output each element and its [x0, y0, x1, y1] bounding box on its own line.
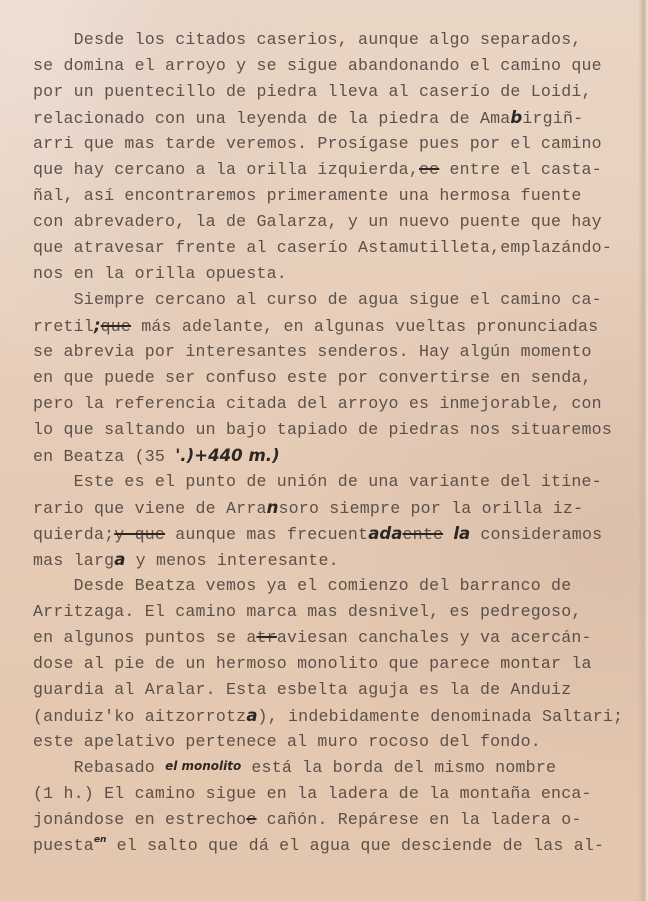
typed-text: ), indebidamente denominada Saltari; — [258, 707, 624, 726]
text-line: Siempre cercano al curso de agua sigue e… — [33, 287, 633, 313]
handwritten-correction: ada — [368, 524, 402, 543]
typed-text: con abrevadero, la de Galarza, y un nuev… — [33, 212, 602, 231]
handwritten-correction: la — [453, 524, 470, 543]
typed-text — [443, 525, 453, 544]
handwritten-correction: n — [267, 498, 279, 517]
text-line: quierda;y que aunque mas frecuentadaente… — [33, 521, 633, 547]
handwritten-correction: a — [114, 550, 125, 569]
typed-text: nos en la orilla opuesta. — [33, 264, 287, 283]
typed-text: irgiñ- — [522, 109, 583, 128]
text-line: se domina el arroyo y se sigue abandonan… — [33, 53, 633, 79]
typed-text: quierda; — [33, 525, 114, 544]
typed-text: en algunos puntos se a — [33, 628, 256, 647]
text-line: Desde Beatza vemos ya el comienzo del ba… — [33, 573, 633, 599]
typed-text: soro siempre por la orilla iz- — [278, 499, 583, 518]
typed-text: Desde los citados caserios, aunque algo … — [33, 30, 582, 49]
typed-text: este apelativo pertenece al muro rocoso … — [33, 732, 541, 751]
handwritten-correction: a — [246, 706, 257, 725]
text-line: Desde los citados caserios, aunque algo … — [33, 27, 633, 53]
typed-text: que atravesar frente al caserío Astamuti… — [33, 238, 612, 257]
typed-text: pero la referencia citada del arroyo es … — [33, 394, 602, 413]
typed-text: (anduiz'ko aitzorrotz — [33, 707, 246, 726]
struck-text: e — [246, 810, 256, 829]
typed-text: en que puede ser confuso este por conver… — [33, 368, 592, 387]
struck-text: y que — [114, 525, 165, 544]
typed-text: guardia al Aralar. Esta esbelta aguja es… — [33, 680, 571, 699]
typed-text: se abrevia por interesantes senderos. Ha… — [33, 342, 592, 361]
text-line: puestaen el salto que dá el agua que des… — [33, 833, 633, 859]
typed-text: por un puentecillo de piedra lleva al ca… — [33, 82, 592, 101]
typed-text: entre el casta- — [439, 160, 602, 179]
typed-text: arri que mas tarde veremos. Prosígase pu… — [33, 134, 602, 153]
text-line: (1 h.) El camino sigue en la ladera de l… — [33, 781, 633, 807]
text-line: con abrevadero, la de Galarza, y un nuev… — [33, 209, 633, 235]
handwritten-correction: b — [510, 108, 522, 127]
typed-text: aviesan canchales y va acercán- — [277, 628, 592, 647]
text-line: arri que mas tarde veremos. Prosígase pu… — [33, 131, 633, 157]
typed-text: aunque mas frecuent — [165, 525, 368, 544]
typed-text: jonándose en estrecho — [33, 810, 246, 829]
text-line: en algunos puntos se atraviesan canchale… — [33, 625, 633, 651]
text-line: en Beatza (35 '.)+440 m.) — [33, 443, 633, 469]
typed-text: ñal, así encontraremos primeramente una … — [33, 186, 582, 205]
text-line: en que puede ser confuso este por conver… — [33, 365, 633, 391]
struck-text: ente — [403, 525, 444, 544]
handwritten-correction: en — [94, 835, 107, 845]
text-line: jonándose en estrechoe cañón. Repárese e… — [33, 807, 633, 833]
typed-text: en Beatza (35 — [33, 447, 175, 466]
text-line: por un puentecillo de piedra lleva al ca… — [33, 79, 633, 105]
typed-text: se domina el arroyo y se sigue abandonan… — [33, 56, 602, 75]
handwritten-correction: ; — [94, 316, 101, 335]
text-line: relacionado con una leyenda de la piedra… — [33, 105, 633, 131]
typed-text: Siempre cercano al curso de agua sigue e… — [33, 290, 602, 309]
typewritten-text-body: Desde los citados caserios, aunque algo … — [33, 27, 633, 859]
text-line: nos en la orilla opuesta. — [33, 261, 633, 287]
typed-text: lo que saltando un bajo tapiado de piedr… — [33, 420, 612, 439]
typed-text: (1 h.) El camino sigue en la ladera de l… — [33, 784, 592, 803]
typed-text: Arritzaga. El camino marca mas desnivel,… — [33, 602, 582, 621]
typed-text: mas larg — [33, 551, 114, 570]
typed-text: Desde Beatza vemos ya el comienzo del ba… — [33, 576, 571, 595]
text-line: guardia al Aralar. Esta esbelta aguja es… — [33, 677, 633, 703]
handwritten-correction: '.)+440 m.) — [175, 446, 279, 465]
text-line: Rebasado el monolito está la borda del m… — [33, 755, 633, 781]
typed-text: rario que viene de Arra — [33, 499, 267, 518]
typed-text: consideramos — [470, 525, 602, 544]
typed-text: dose al pie de un hermoso monolito que p… — [33, 654, 592, 673]
text-line: que atravesar frente al caserío Astamuti… — [33, 235, 633, 261]
struck-text: que — [101, 317, 131, 336]
page-edge — [638, 0, 648, 901]
text-line: rario que viene de Arransoro siempre por… — [33, 495, 633, 521]
text-line: Este es el punto de unión de una variant… — [33, 469, 633, 495]
struck-text: tr — [256, 628, 276, 647]
typed-text: Rebasado — [33, 758, 165, 777]
typed-text: puesta — [33, 836, 94, 855]
typed-text: y menos interesante. — [125, 551, 338, 570]
typed-text: que hay cercano a la orilla izquierda, — [33, 160, 419, 179]
typed-text: Este es el punto de unión de una variant… — [33, 472, 602, 491]
text-line: se abrevia por interesantes senderos. Ha… — [33, 339, 633, 365]
text-line: rretil;que más adelante, en algunas vuel… — [33, 313, 633, 339]
typed-text: el salto que dá el agua que desciende de… — [106, 836, 604, 855]
text-line: lo que saltando un bajo tapiado de piedr… — [33, 417, 633, 443]
typed-text: rretil — [33, 317, 94, 336]
typed-text: más adelante, en algunas vueltas pronunc… — [131, 317, 598, 336]
typed-text: está la borda del mismo nombre — [241, 758, 556, 777]
struck-text: ee — [419, 160, 439, 179]
text-line: dose al pie de un hermoso monolito que p… — [33, 651, 633, 677]
text-line: Arritzaga. El camino marca mas desnivel,… — [33, 599, 633, 625]
text-line: ñal, así encontraremos primeramente una … — [33, 183, 633, 209]
typed-text: cañón. Repárese en la ladera o- — [257, 810, 582, 829]
handwritten-correction: el monolito — [165, 759, 241, 773]
text-line: este apelativo pertenece al muro rocoso … — [33, 729, 633, 755]
text-line: (anduiz'ko aitzorrotza), indebidamente d… — [33, 703, 633, 729]
text-line: mas larga y menos interesante. — [33, 547, 633, 573]
text-line: pero la referencia citada del arroyo es … — [33, 391, 633, 417]
text-line: que hay cercano a la orilla izquierda,ee… — [33, 157, 633, 183]
typed-text: relacionado con una leyenda de la piedra… — [33, 109, 510, 128]
